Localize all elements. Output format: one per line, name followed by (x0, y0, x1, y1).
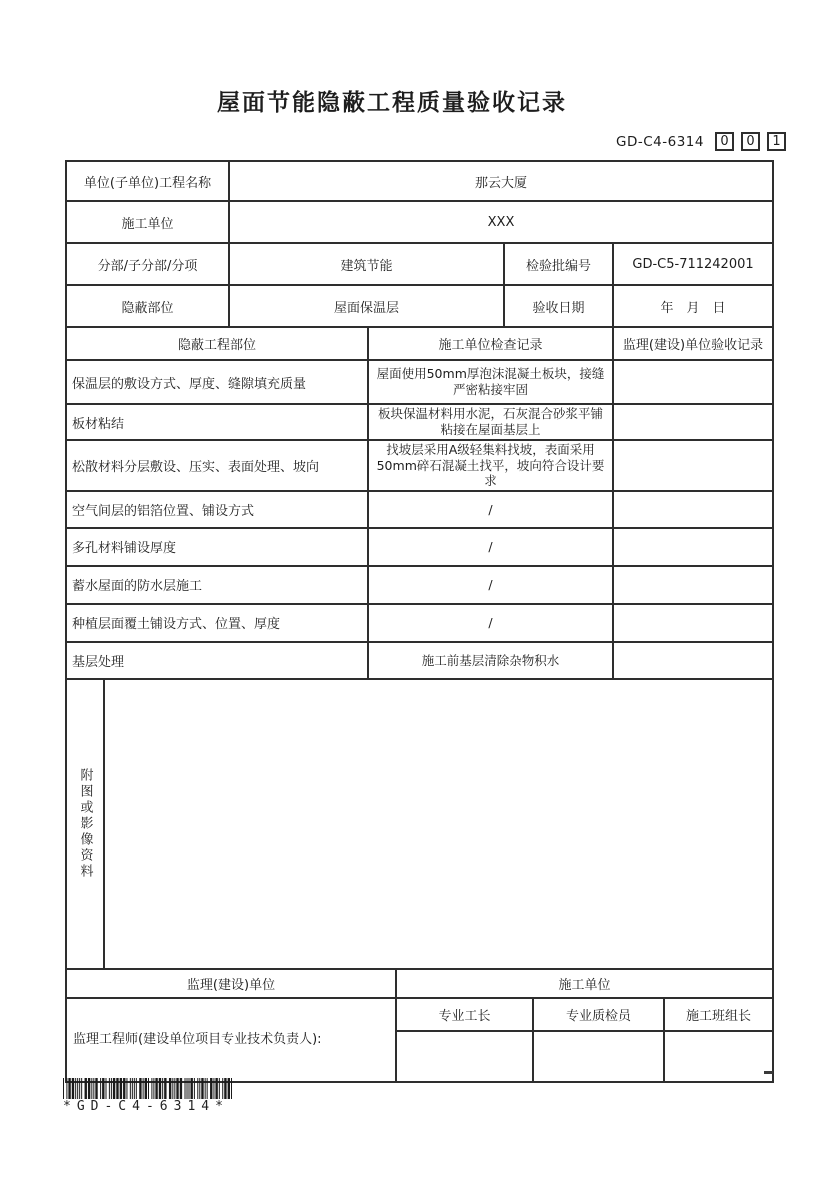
checklist-header-row: 隐蔽工程部位 施工单位检查记录 监理(建设)单位验收记录 (66, 327, 773, 360)
check-item-record: 板块保温材料用水泥，石灰混合砂浆平铺粘接在屋面基层上 (368, 404, 613, 440)
batch-number-value: GD-C5-711242001 (613, 243, 773, 285)
table-row: 单位(子单位)工程名称 那云大厦 (66, 161, 773, 201)
acceptance-cell (613, 440, 773, 491)
check-item-record: 施工前基层清除杂物积水 (368, 642, 613, 679)
acceptance-cell (613, 360, 773, 404)
acceptance-date-label: 验收日期 (504, 285, 613, 327)
check-item-record: / (368, 491, 613, 528)
table-row: 蓄水屋面的防水层施工 / (66, 566, 773, 604)
header-concealed-part: 隐蔽工程部位 (66, 327, 368, 360)
check-item-record: / (368, 566, 613, 604)
barcode-bars (63, 1078, 233, 1099)
check-item-label: 板材粘结 (66, 404, 368, 440)
project-name-value: 那云大厦 (229, 161, 773, 201)
batch-number-label: 检验批编号 (504, 243, 613, 285)
supervisor-signature-label: 监理工程师(建设单位项目专业技术负责人): (66, 998, 396, 1082)
check-item-label: 保温层的敷设方式、厚度、缝隙填充质量 (66, 360, 368, 404)
acceptance-cell (613, 528, 773, 566)
check-item-label: 松散材料分层敷设、压实、表面处理、坡向 (66, 440, 368, 491)
attachment-table: 附图或影像资料 (65, 678, 774, 970)
table-row: 附图或影像资料 (66, 679, 773, 969)
header-supervisor-record: 监理(建设)单位验收记录 (613, 327, 773, 360)
form-code-box-3: 1 (767, 132, 786, 151)
check-item-label: 空气间层的铝箔位置、铺设方式 (66, 491, 368, 528)
crew-leader-signature-cell (664, 1031, 773, 1082)
table-row: 基层处理 施工前基层清除杂物积水 (66, 642, 773, 679)
subdivision-label: 分部/子分部/分项 (66, 243, 229, 285)
acceptance-cell (613, 491, 773, 528)
table-row: 板材粘结 板块保温材料用水泥，石灰混合砂浆平铺粘接在屋面基层上 (66, 404, 773, 440)
role-quality-inspector-label: 专业质检员 (533, 998, 664, 1031)
quality-inspector-signature-cell (533, 1031, 664, 1082)
table-row: 隐蔽部位 屋面保温层 验收日期 年 月 日 (66, 285, 773, 327)
stray-mark (764, 1071, 773, 1074)
concealed-part-label: 隐蔽部位 (66, 285, 229, 327)
contractor-unit-header: 施工单位 (396, 969, 773, 998)
check-item-record: / (368, 528, 613, 566)
document-page: 屋面节能隐蔽工程质量验收记录 GD-C4-6314 0 0 1 单位(子单位)工… (0, 0, 838, 1186)
acceptance-cell (613, 604, 773, 642)
page-title: 屋面节能隐蔽工程质量验收记录 (0, 84, 811, 117)
form-code-row: GD-C4-6314 0 0 1 (616, 131, 786, 152)
table-row: 施工单位 XXX (66, 201, 773, 243)
acceptance-cell (613, 566, 773, 604)
project-name-label: 单位(子单位)工程名称 (66, 161, 229, 201)
acceptance-cell (613, 404, 773, 440)
check-item-label: 种植层面覆土铺设方式、位置、厚度 (66, 604, 368, 642)
table-row: 分部/子分部/分项 建筑节能 检验批编号 GD-C5-711242001 (66, 243, 773, 285)
subdivision-value: 建筑节能 (229, 243, 504, 285)
construction-unit-label: 施工单位 (66, 201, 229, 243)
check-item-label: 多孔材料铺设厚度 (66, 528, 368, 566)
signoff-table: 监理(建设)单位 施工单位 监理工程师(建设单位项目专业技术负责人): 专业工长… (65, 968, 774, 1083)
table-row: 种植层面覆土铺设方式、位置、厚度 / (66, 604, 773, 642)
form-code-box-1: 0 (715, 132, 734, 151)
acceptance-date-value: 年 月 日 (613, 285, 773, 327)
attachment-label: 附图或影像资料 (76, 768, 95, 880)
table-row: 保温层的敷设方式、厚度、缝隙填充质量 屋面使用50mm厚泡沫混凝土板块，接缝严密… (66, 360, 773, 404)
attachment-content-area (104, 679, 773, 969)
concealed-part-value: 屋面保温层 (229, 285, 504, 327)
table-row: 多孔材料铺设厚度 / (66, 528, 773, 566)
table-row: 监理工程师(建设单位项目专业技术负责人): 专业工长 专业质检员 施工班组长 (66, 998, 773, 1031)
check-item-label: 基层处理 (66, 642, 368, 679)
info-table: 单位(子单位)工程名称 那云大厦 施工单位 XXX 分部/子分部/分项 建筑节能… (65, 160, 774, 328)
form-code: GD-C4-6314 (616, 134, 704, 150)
role-foreman-label: 专业工长 (396, 998, 533, 1031)
supervisor-unit-header: 监理(建设)单位 (66, 969, 396, 998)
check-item-record: 找坡层采用A级轻集料找坡，表面采用50mm碎石混凝土找平，坡向符合设计要求 (368, 440, 613, 491)
check-item-record: / (368, 604, 613, 642)
checklist-table: 隐蔽工程部位 施工单位检查记录 监理(建设)单位验收记录 保温层的敷设方式、厚度… (65, 326, 774, 680)
construction-unit-value: XXX (229, 201, 773, 243)
form-code-box-2: 0 (741, 132, 760, 151)
attachment-label-cell: 附图或影像资料 (66, 679, 104, 969)
check-item-label: 蓄水屋面的防水层施工 (66, 566, 368, 604)
form-body: 单位(子单位)工程名称 那云大厦 施工单位 XXX 分部/子分部/分项 建筑节能… (65, 160, 772, 1083)
acceptance-cell (613, 642, 773, 679)
role-crew-leader-label: 施工班组长 (664, 998, 773, 1031)
signoff-header-row: 监理(建设)单位 施工单位 (66, 969, 773, 998)
check-item-record: 屋面使用50mm厚泡沫混凝土板块，接缝严密粘接牢固 (368, 360, 613, 404)
table-row: 空气间层的铝箔位置、铺设方式 / (66, 491, 773, 528)
table-row: 松散材料分层敷设、压实、表面处理、坡向 找坡层采用A级轻集料找坡，表面采用50m… (66, 440, 773, 491)
header-contractor-record: 施工单位检查记录 (368, 327, 613, 360)
barcode: *GD-C4-6314* (63, 1078, 235, 1114)
barcode-label: *GD-C4-6314* (63, 1099, 235, 1114)
foreman-signature-cell (396, 1031, 533, 1082)
